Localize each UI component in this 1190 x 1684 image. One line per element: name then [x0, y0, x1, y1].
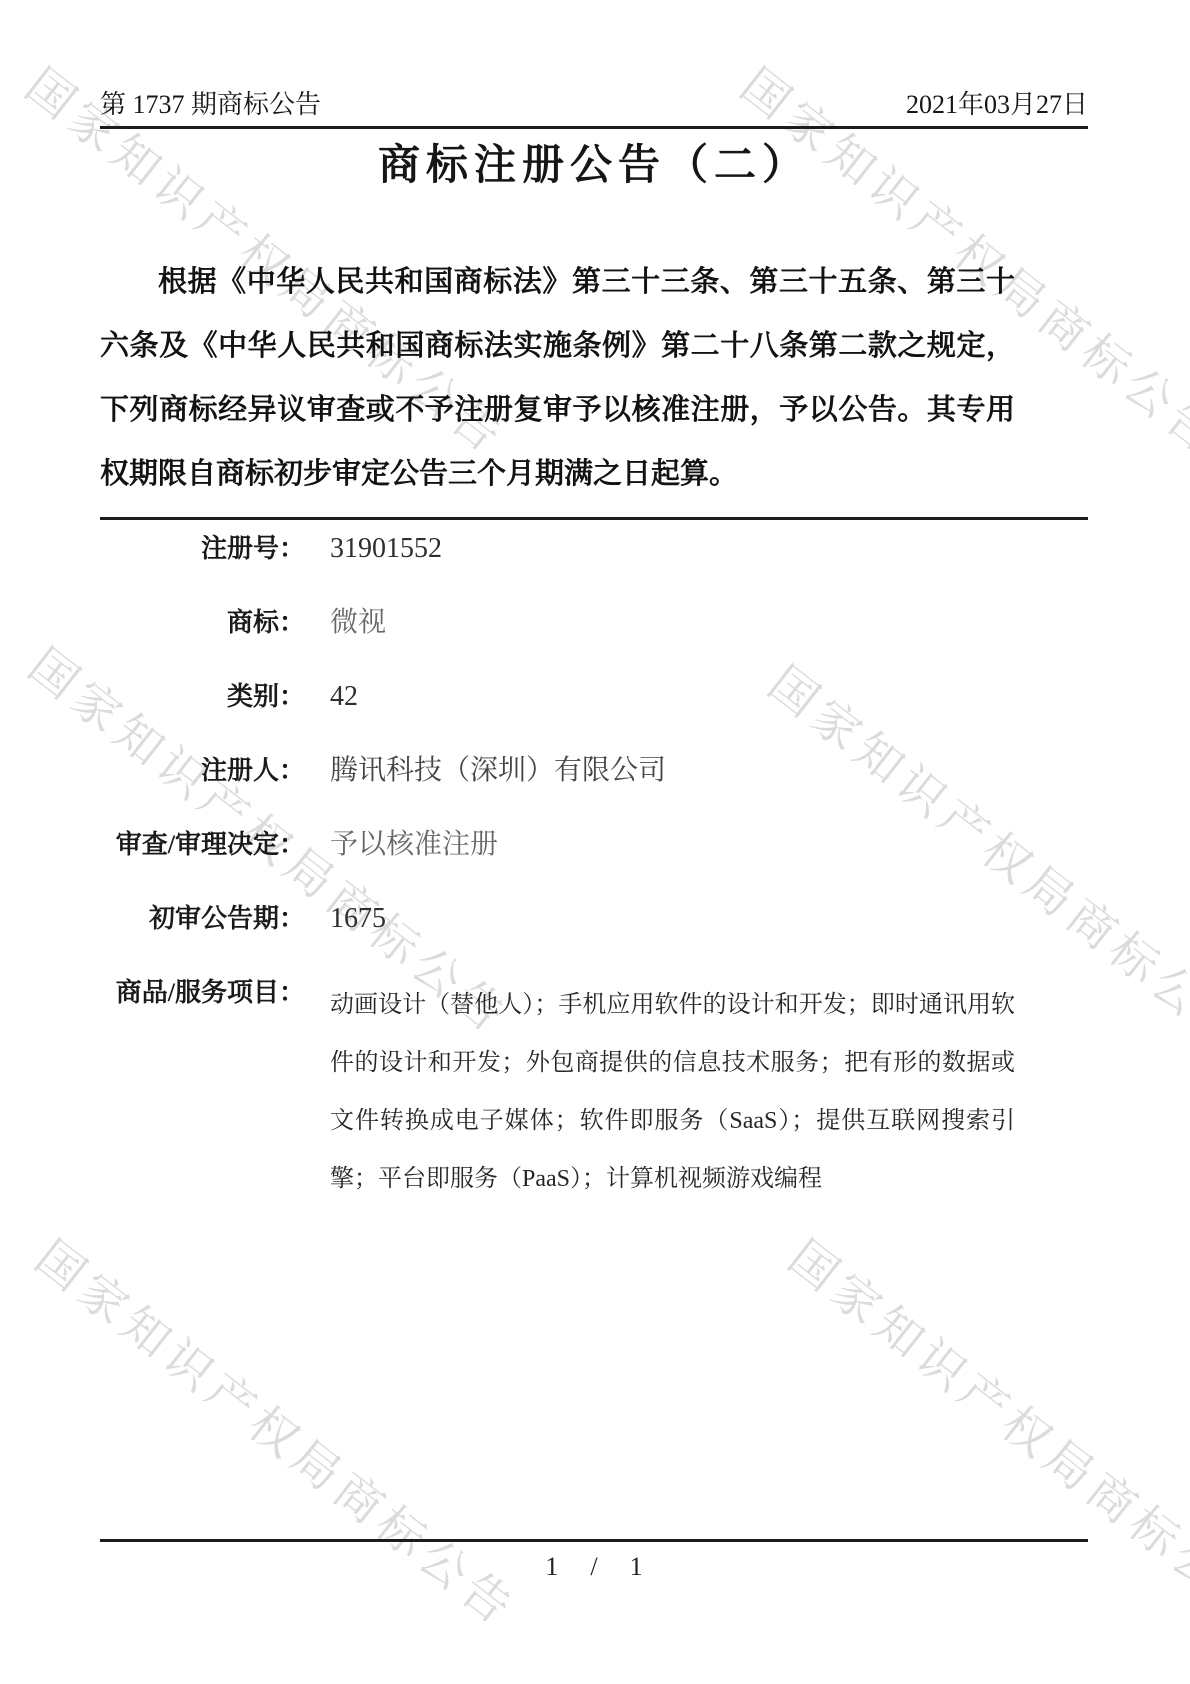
- field-label: 商标：: [100, 606, 305, 640]
- field-value: 42: [330, 680, 358, 714]
- gazette-page: 国家知识产权局商标公告 国家知识产权局商标公告 国家知识产权局商标公告 国家知识…: [0, 0, 1190, 1684]
- field-label: 商品/服务项目：: [100, 976, 305, 1010]
- field-row-registration-number: 注册号： 31901552: [100, 532, 1015, 566]
- field-value: 微视: [330, 606, 386, 640]
- page-content: 第 1737 期商标公告 2021年03月27日 商标注册公告（二） 根据《中华…: [0, 0, 1190, 1684]
- field-row-decision: 审查/审理决定： 予以核准注册: [100, 828, 1015, 862]
- footer-rule: [100, 1539, 1088, 1542]
- page-number: 1 / 1: [100, 1552, 1088, 1582]
- header-rule: [100, 126, 1088, 129]
- field-row-registrant: 注册人： 腾讯科技（深圳）有限公司: [100, 754, 1015, 788]
- field-label: 注册号：: [100, 532, 305, 566]
- page-number-current: 1: [545, 1552, 558, 1582]
- field-row-trademark: 商标： 微视: [100, 606, 1015, 640]
- page-number-separator: /: [590, 1552, 597, 1582]
- field-label: 类别：: [100, 680, 305, 714]
- field-row-class: 类别： 42: [100, 680, 1015, 714]
- field-label: 审查/审理决定：: [100, 828, 305, 862]
- running-header: 第 1737 期商标公告 2021年03月27日: [100, 84, 1088, 121]
- field-value: 动画设计（替他人）；手机应用软件的设计和开发；即时通讯用软件的设计和开发；外包商…: [330, 976, 1015, 1208]
- page-title: 商标注册公告（二）: [100, 132, 1088, 192]
- field-value: 1675: [330, 902, 386, 936]
- field-row-preliminary-gazette: 初审公告期： 1675: [100, 902, 1015, 936]
- field-row-goods-services: 商品/服务项目： 动画设计（替他人）；手机应用软件的设计和开发；即时通讯用软件的…: [100, 976, 1015, 1208]
- field-label: 初审公告期：: [100, 902, 305, 936]
- field-value: 予以核准注册: [330, 828, 498, 862]
- gazette-issue-label: 第 1737 期商标公告: [100, 84, 321, 121]
- trademark-fields: 注册号： 31901552 商标： 微视 类别： 42 注册人： 腾讯科技（深圳…: [100, 532, 1015, 1248]
- intro-paragraph: 根据《中华人民共和国商标法》第三十三条、第三十五条、第三十六条及《中华人民共和国…: [100, 250, 1015, 506]
- field-value: 31901552: [330, 532, 442, 566]
- field-value: 腾讯科技（深圳）有限公司: [330, 754, 666, 788]
- page-number-total: 1: [630, 1552, 643, 1582]
- section-rule: [100, 517, 1088, 520]
- field-label: 注册人：: [100, 754, 305, 788]
- gazette-date-label: 2021年03月27日: [906, 84, 1088, 121]
